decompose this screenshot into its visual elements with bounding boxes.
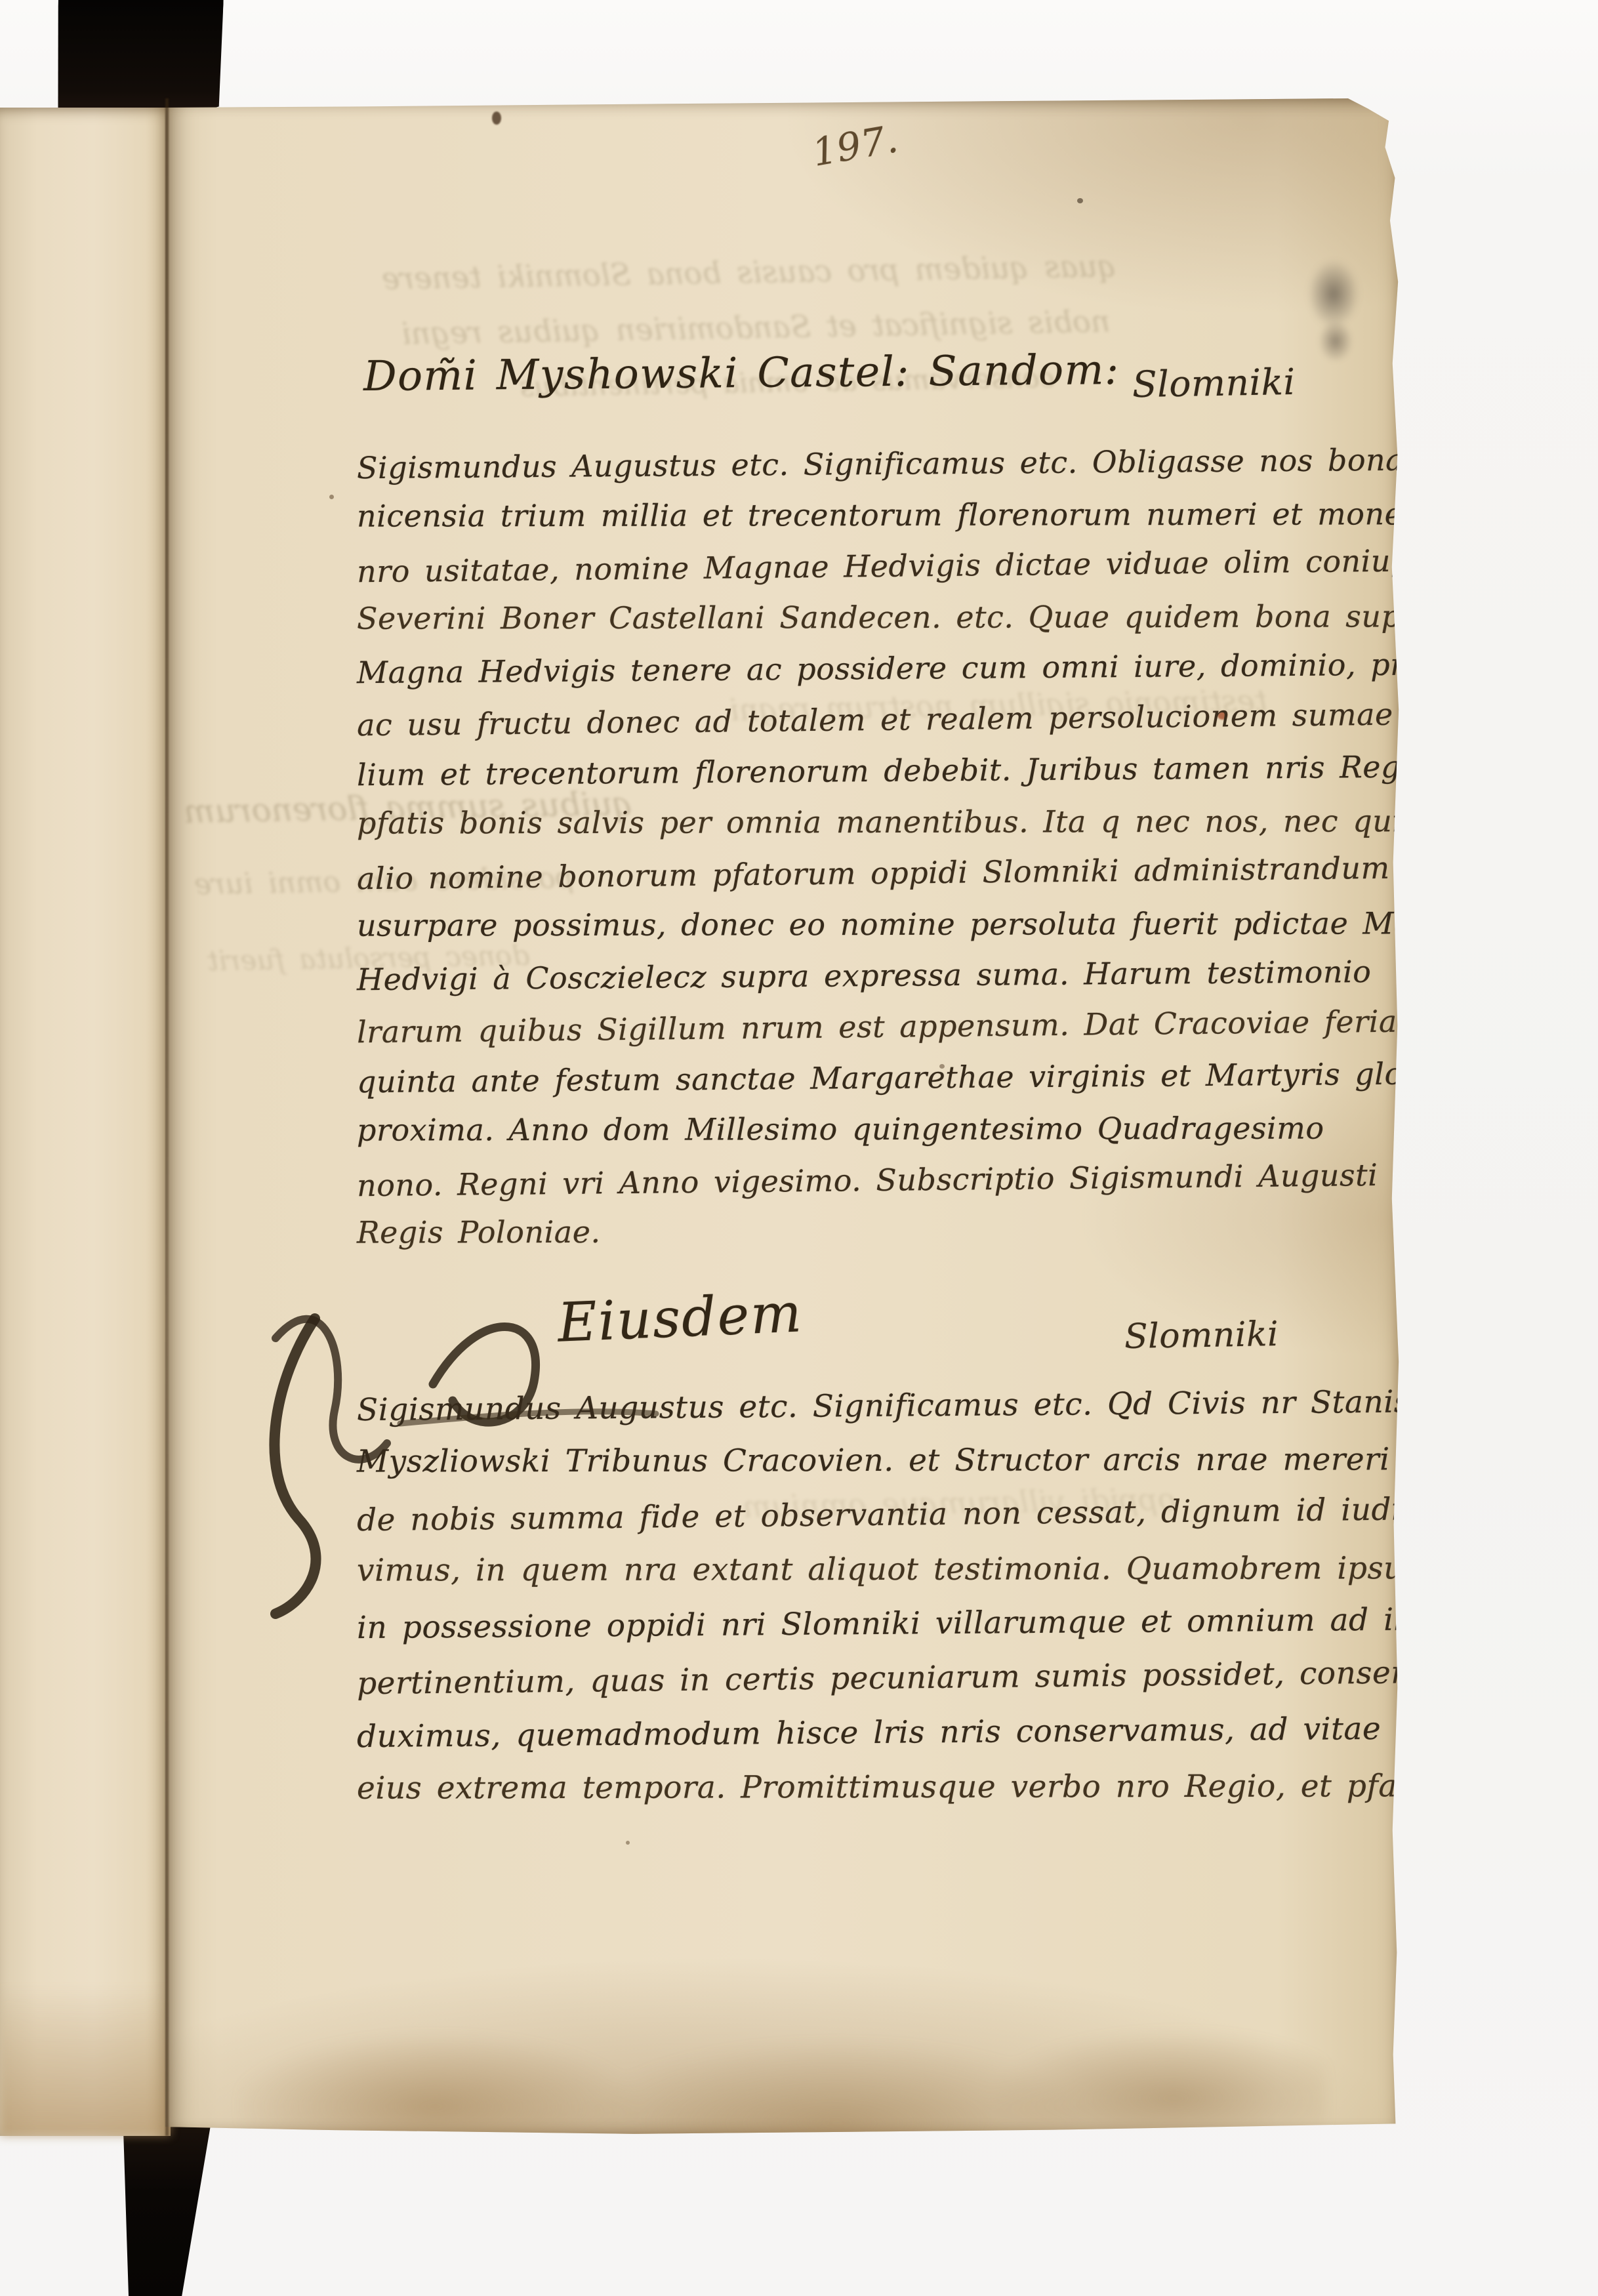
ink-smudge [1319,320,1353,362]
manuscript-line: proxima. Anno dom Millesimo quingentesim… [357,1102,1393,1155]
manuscript-line: Hedvigi à Cosczielecz supra expressa sum… [357,946,1394,1005]
manuscript-line: in possessione oppidi nri Slomniki villa… [357,1593,1381,1655]
manuscript-line: Myszliowski Tribunus Cracovien. et Struc… [357,1432,1380,1488]
book-gutter [165,98,169,2136]
binding-ribbon-bottom [119,2122,211,2296]
water-stain [0,1985,171,2136]
ink-speck [492,112,501,125]
manuscript-line: de nobis summa fide et observantia non c… [357,1483,1381,1548]
manuscript-line: Magna Hedvigis tenere ac possidere cum o… [357,639,1394,698]
entry2-heading: Eiusdem [556,1282,804,1355]
ink-smudge [1308,260,1359,328]
manuscript-line: lium et trecentorum florenorum debebit. … [357,741,1394,800]
previous-page-edge [0,108,171,2136]
manuscript-line: usurpare possimus, donec eo nomine perso… [357,897,1393,951]
folio-number: 197. [809,116,901,175]
manuscript-scan: quas quidem pro causis bona Slomniki ten… [0,0,1598,2296]
manuscript-line: alio nomine bonorum pfatorum oppidi Slom… [357,842,1394,905]
manuscript-line: duximus, quemadmodum hisce lris nris con… [357,1702,1381,1764]
entry1-body: Sigismundus Augustus etc. Significamus e… [357,438,1393,1257]
ink-speck [1077,198,1083,203]
manuscript-line: quinta ante festum sanctae Margarethae v… [357,1048,1394,1107]
entry1-margin-title: Slomniki [1132,361,1296,405]
manuscript-line: pfatis bonis salvis per omnia manentibus… [357,795,1393,848]
manuscript-line: Sigismundus Augustus etc. Significamus e… [357,434,1394,493]
bleedthrough-line: nobis significat et Sandomirien quibus r… [401,304,1111,352]
manuscript-page: quas quidem pro causis bona Slomniki ten… [165,98,1400,2136]
manuscript-line: ac usu fructu donec ad totalem et realem… [357,689,1394,751]
manuscript-line: nicensia trium millia et trecentorum flo… [357,488,1393,541]
manuscript-line: Regis Poloniae. [357,1204,1393,1258]
manuscript-line: vimus, in quem nra extant aliquot testim… [357,1541,1380,1597]
manuscript-line: Sigismundus Augustus etc. Significamus e… [357,1375,1381,1437]
entry2-margin-title: Slomniki [1124,1315,1279,1357]
manuscript-line: nono. Regni vri Anno vigesimo. Subscript… [357,1149,1394,1212]
manuscript-line: pertinentium, quas in certis pecuniarum … [357,1646,1381,1711]
bleedthrough-line: quas quidem pro causis bona Slomniki ten… [382,248,1117,297]
manuscript-line: eius extrema tempora. Promittimusque ver… [357,1759,1380,1815]
entry2-body: Sigismundus Augustus etc. Significamus e… [357,1379,1380,1814]
ink-speck [626,1841,630,1845]
manuscript-line: nro usitatae, nomine Magnae Hedvigis dic… [357,535,1394,598]
ink-speck [329,495,334,499]
manuscript-line: Severini Boner Castellani Sandecen. etc.… [357,590,1393,644]
water-stain [239,1992,1326,2156]
manuscript-line: lrarum quibus Sigillum nrum est appensum… [357,996,1394,1058]
entry1-heading: Dom̃i Myshowski Castel: Sandom: [363,346,1120,400]
